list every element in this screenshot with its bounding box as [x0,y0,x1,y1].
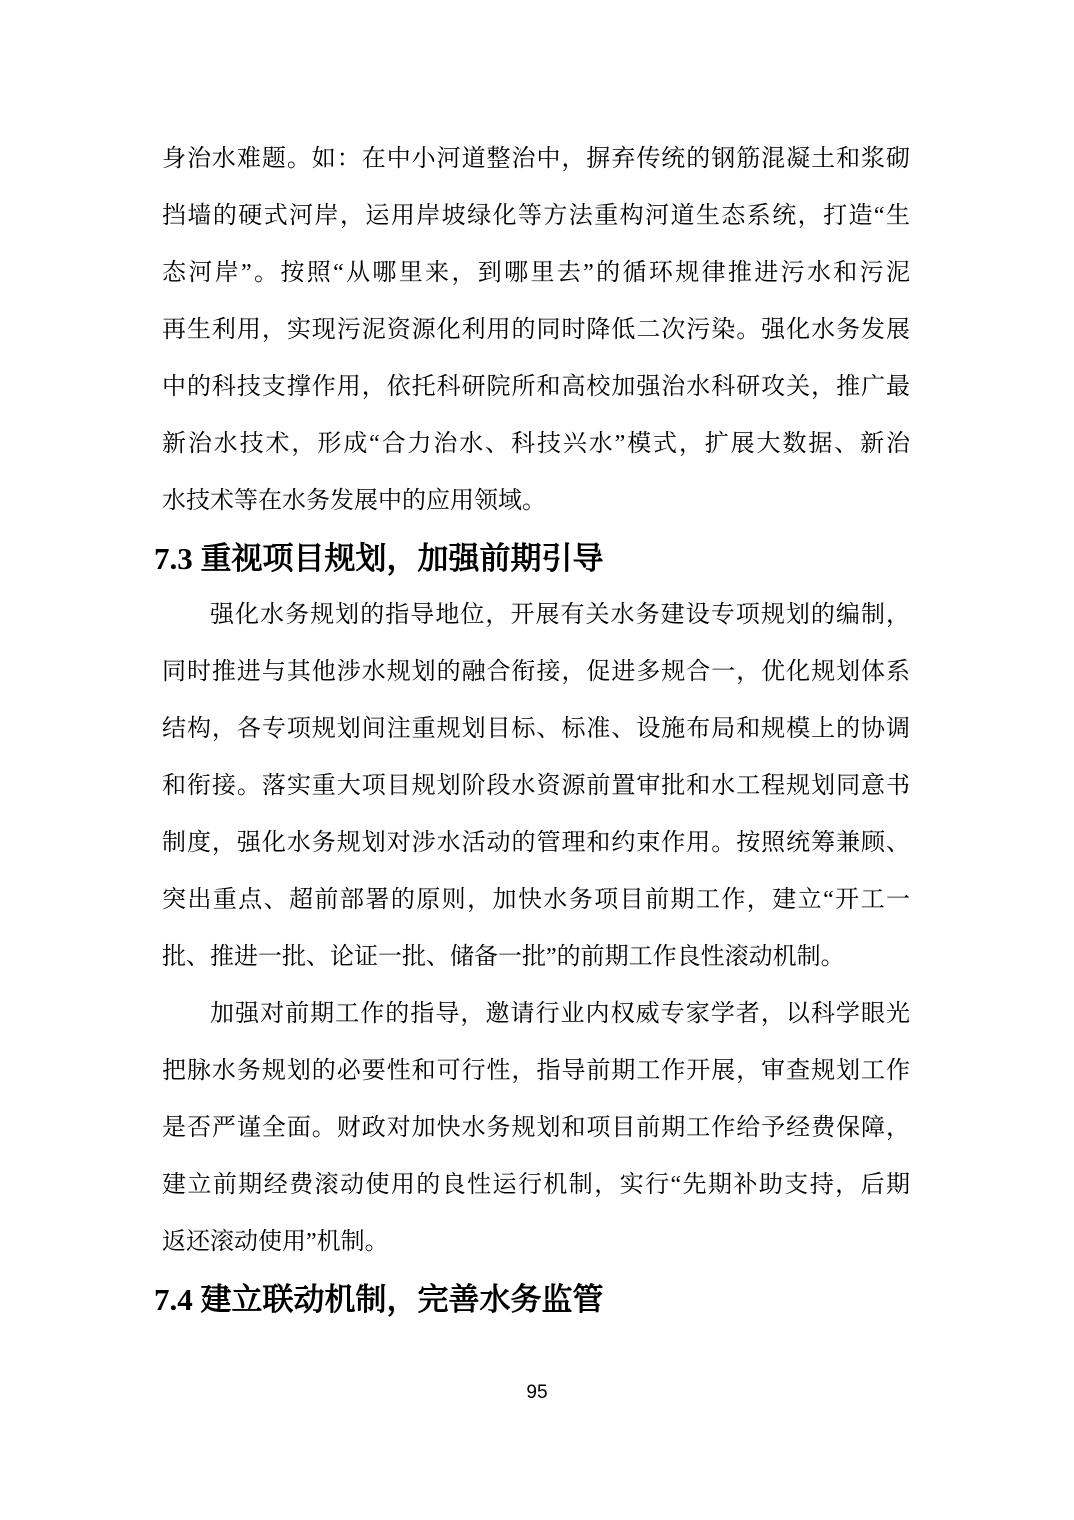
body-text-line: 结构，各专项规划间注重规划目标、标准、设施布局和规模上的协调 [162,701,910,758]
body-text-line: 突出重点、超前部署的原则，加快水务项目前期工作，建立“开工一 [162,872,910,929]
document-body: 身治水难题。如：在中小河道整治中，摒弃传统的钢筋混凝土和浆砌 挡墙的硬式河岸，运… [162,131,910,1328]
document-page-canvas: { "document": { "para1": { "lines": [ "身… [0,0,1074,1520]
body-text-line: 中的科技支撑作用，依托科研院所和高校加强治水科研攻关，推广最 [162,359,910,416]
body-text-line: 制度，强化水务规划对涉水活动的管理和约束作用。按照统筹兼顾、 [162,815,910,872]
body-text-line: 态河岸”。按照“从哪里来，到哪里去”的循环规律推进污水和污泥 [162,245,910,302]
body-text-line: 建立前期经费滚动使用的良性运行机制，实行“先期补助支持，后期 [162,1157,910,1214]
section-heading-7-3: 7.3 重视项目规划，加强前期引导 [154,530,910,587]
page-number: 95 [0,1381,1074,1405]
body-text-line: 再生利用，实现污泥资源化利用的同时降低二次污染。强化水务发展 [162,302,910,359]
body-text-line: 强化水务规划的指导地位，开展有关水务建设专项规划的编制， [162,587,910,644]
body-text-line: 身治水难题。如：在中小河道整治中，摒弃传统的钢筋混凝土和浆砌 [162,131,910,188]
body-text-line: 批、推进一批、论证一批、储备一批”的前期工作良性滚动机制。 [162,929,910,986]
body-text-line: 把脉水务规划的必要性和可行性，指导前期工作开展，审查规划工作 [162,1043,910,1100]
paragraph-guidance: 加强对前期工作的指导，邀请行业内权威专家学者，以科学眼光 把脉水务规划的必要性和… [162,986,910,1271]
body-text-line: 是否严谨全面。财政对加快水务规划和项目前期工作给予经费保障， [162,1100,910,1157]
paragraph-continuation: 身治水难题。如：在中小河道整治中，摒弃传统的钢筋混凝土和浆砌 挡墙的硬式河岸，运… [162,131,910,530]
body-text-line: 水技术等在水务发展中的应用领域。 [162,473,910,530]
section-heading-7-4: 7.4 建立联动机制，完善水务监管 [154,1271,910,1328]
body-text-line: 加强对前期工作的指导，邀请行业内权威专家学者，以科学眼光 [162,986,910,1043]
body-text-line: 挡墙的硬式河岸，运用岸坡绿化等方法重构河道生态系统，打造“生 [162,188,910,245]
paragraph-planning: 强化水务规划的指导地位，开展有关水务建设专项规划的编制， 同时推进与其他涉水规划… [162,587,910,986]
body-text-line: 和衔接。落实重大项目规划阶段水资源前置审批和水工程规划同意书 [162,758,910,815]
body-text-line: 同时推进与其他涉水规划的融合衔接，促进多规合一，优化规划体系 [162,644,910,701]
body-text-line: 返还滚动使用”机制。 [162,1214,910,1271]
body-text-line: 新治水技术，形成“合力治水、科技兴水”模式，扩展大数据、新治 [162,416,910,473]
